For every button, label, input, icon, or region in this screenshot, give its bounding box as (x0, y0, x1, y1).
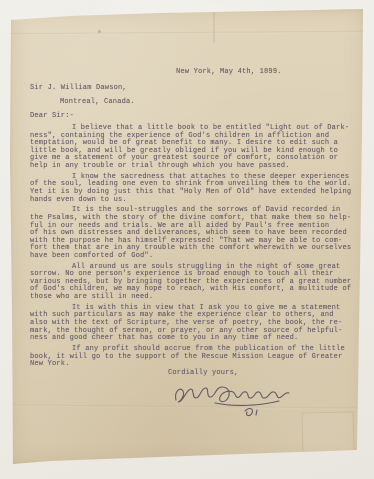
signature-main-stroke (176, 387, 289, 402)
letter-paragraph: It is the soul-struggles and the sorrows… (30, 207, 362, 260)
letter-body: I believe that a little book to be entit… (30, 125, 362, 372)
letter-paragraph: It is with this in view that I ask you t… (30, 305, 362, 343)
stamp-impression (302, 411, 355, 452)
paper-speck (98, 30, 101, 33)
recipient-city: Montreal, Canada. (60, 99, 135, 107)
recipient-name: Sir J. William Dawson, (30, 85, 127, 93)
photo-background: New York, May 4th, 1899. Sir J. William … (0, 0, 374, 479)
letter-paragraph: All around us are souls struggling in th… (30, 264, 362, 302)
signature-strokes (173, 378, 299, 422)
fold-crease-vertical (213, 9, 215, 43)
date-line: New York, May 4th, 1899. (176, 69, 282, 77)
letter-paragraph: If any profit should accrue from the pub… (30, 346, 362, 369)
letter-paragraph: I believe that a little book to be entit… (30, 125, 362, 171)
closing: Cordially yours, (168, 370, 238, 378)
letter-paper: New York, May 4th, 1899. Sir J. William … (10, 9, 364, 464)
salutation: Dear Sir:- (30, 113, 74, 121)
signature-jr-stroke (245, 409, 257, 416)
signature (173, 378, 299, 422)
letter-paragraph: I know the sacredness that attaches to t… (30, 174, 362, 204)
